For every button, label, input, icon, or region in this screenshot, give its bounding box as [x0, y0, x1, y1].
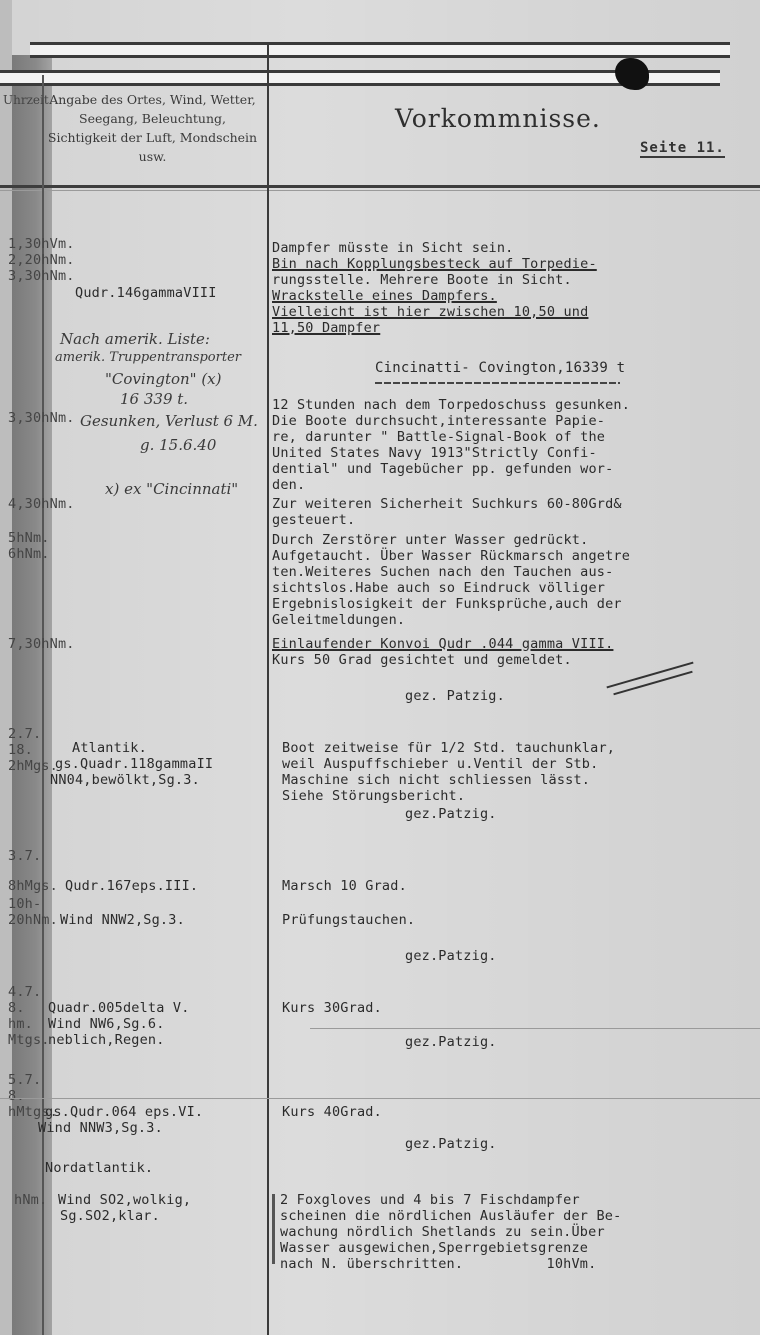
log-line: 2 Foxgloves und 4 bis 7 Fischdampfer [280, 1192, 580, 1208]
signature: gez.Patzig. [405, 806, 497, 822]
handwritten-note: amerik. Truppentransporter [55, 350, 241, 365]
log-line: Maschine sich nicht schliessen lässt. [282, 772, 590, 788]
log-line: Zur weiteren Sicherheit Suchkurs 60-80Gr… [272, 496, 622, 512]
location-entry: Qudr.146gammaVIII [75, 285, 217, 301]
location-entry: Nordatlantik. [45, 1160, 153, 1176]
row-rule [0, 1098, 760, 1099]
log-line: Wasser ausgewichen,Sperrgebietsgrenze [280, 1240, 588, 1256]
location-entry: Sg.SO2,klar. [60, 1208, 160, 1224]
log-line: Prüfungstauchen. [282, 912, 415, 928]
handwritten-note: Gesunken, Verlust 6 M. [80, 412, 258, 430]
time-entry: 1,30hVm. [8, 236, 75, 252]
time-entry: 18. [8, 742, 33, 758]
log-line: Siehe Störungsbericht. [282, 788, 465, 804]
time-entry: 5hNm. [8, 530, 50, 546]
log-line: Aufgetaucht. Über Wasser Rückmarsch ange… [272, 548, 630, 564]
log-line: re, darunter " Battle-Signal-Book of the [272, 429, 605, 445]
log-line: Kurs 50 Grad gesichtet und gemeldet. [272, 652, 572, 668]
log-line: Die Boote durchsucht,interessante Papie- [272, 413, 605, 429]
time-entry: 10h- [8, 896, 41, 912]
time-entry: 20hNm. [8, 912, 58, 928]
log-line: scheinen die nördlichen Ausläufer der Be… [280, 1208, 621, 1224]
location-entry: Wind NNW3,Sg.3. [38, 1120, 163, 1136]
row-rule [310, 1028, 760, 1029]
header-bottom-rule [0, 185, 760, 188]
location-entry: gs.Quadr.118gammaII [55, 756, 213, 772]
time-entry: 4.7. [8, 984, 41, 1000]
time-entry: Mtgs. [8, 1032, 50, 1048]
log-line: Einlaufender Konvoi Qudr .044 gamma VIII… [272, 636, 613, 652]
time-entry: 7,30hNm. [8, 636, 75, 652]
log-line: 12 Stunden nach dem Torpedoschuss gesunk… [272, 397, 630, 413]
log-line: weil Auspuffschieber u.Ventil der Stb. [282, 756, 598, 772]
log-line: Ergebnislosigkeit der Funksprüche,auch d… [272, 596, 622, 612]
log-line: wachung nördlich Shetlands zu sein.Über [280, 1224, 605, 1240]
column-divider-main [267, 45, 269, 1335]
location-entry: NN04,bewölkt,Sg.3. [50, 772, 200, 788]
time-entry: 5.7. [8, 1072, 41, 1088]
handwritten-note: Nach amerik. Liste: [60, 330, 210, 348]
signature: gez.Patzig. [405, 1136, 497, 1152]
log-line: sichtslos.Habe auch so Eindruck völliger [272, 580, 605, 596]
location-entry: Quadr.005delta V. [48, 1000, 190, 1016]
time-entry: 8. [8, 1088, 25, 1104]
signature: gez.Patzig. [405, 1034, 497, 1050]
margin-bar [272, 1194, 275, 1264]
log-line: Vielleicht ist hier zwischen 10,50 und [272, 304, 588, 320]
time-entry: 2.7. [8, 726, 41, 742]
location-entry: Wind SO2,wolkig, [58, 1192, 191, 1208]
log-line: Wrackstelle eines Dampfers. [272, 288, 497, 304]
location-entry: neblich,Regen. [48, 1032, 165, 1048]
time-entry: 3,30hNm. [8, 268, 75, 284]
page-title: Vorkommnisse. [395, 104, 601, 133]
log-line: 11,50 Dampfer [272, 320, 380, 336]
time-entry: 6hNm. [8, 546, 50, 562]
handwritten-note: x) ex "Cincinnati" [105, 480, 238, 498]
signature: gez. Patzig. [405, 688, 505, 704]
log-line: Dampfer müsste in Sicht sein. [272, 240, 514, 256]
time-entry: 3.7. [8, 848, 41, 864]
time-entry: hm. [8, 1016, 33, 1032]
log-line: Boot zeitweise für 1/2 Std. tauchunklar, [282, 740, 615, 756]
signature: gez.Patzig. [405, 948, 497, 964]
log-line: nach N. überschritten. 10hVm. [280, 1256, 596, 1272]
log-line: rungsstelle. Mehrere Boote in Sicht. [272, 272, 572, 288]
time-entry: 3,30hNm. [8, 410, 75, 426]
log-line: ten.Weiteres Suchen nach den Tauchen aus… [272, 564, 613, 580]
time-entry: hNm. [14, 1192, 47, 1208]
log-line: gesteuert. [272, 512, 355, 528]
location-entry: Qudr.167eps.III. [65, 878, 198, 894]
scan-edge [0, 0, 12, 1335]
logbook-page: Uhrzeit Angabe des Ortes, Wind, Wetter, … [0, 0, 760, 1335]
time-column-heading: Uhrzeit [3, 90, 43, 110]
handwritten-note: "Covington" (x) [105, 370, 222, 388]
location-entry: Wind NNW2,Sg.3. [60, 912, 185, 928]
handwritten-note: 16 339 t. [120, 390, 188, 408]
log-line: dential" und Tagebücher pp. gefunden wor… [272, 461, 613, 477]
location-entry: Wind NW6,Sg.6. [48, 1016, 165, 1032]
log-line: Geleitmeldungen. [272, 612, 405, 628]
log-line: Bin nach Kopplungsbesteck auf Torpedie- [272, 256, 597, 272]
ship-name: Cincinatti- Covington,16339 t [375, 360, 625, 376]
log-line: Kurs 40Grad. [282, 1104, 382, 1120]
log-line: den. [272, 477, 305, 493]
torn-rule [30, 42, 730, 58]
location-entry: gs.Qudr.064 eps.VI. [45, 1104, 203, 1120]
log-line: Durch Zerstörer unter Wasser gedrückt. [272, 532, 588, 548]
time-entry: 8. [8, 1000, 25, 1016]
row-rule [0, 190, 760, 191]
handwritten-note: g. 15.6.40 [140, 436, 216, 454]
time-entry: 4,30hNm. [8, 496, 75, 512]
log-line: United States Navy 1913"Strictly Confi- [272, 445, 597, 461]
time-entry: 8hMgs. [8, 878, 58, 894]
location-entry: Atlantik. [72, 740, 147, 756]
log-line: Kurs 30Grad. [282, 1000, 382, 1016]
log-line: Marsch 10 Grad. [282, 878, 407, 894]
double-underline [375, 382, 620, 384]
time-entry: 2,20hNm. [8, 252, 75, 268]
location-column-heading: Angabe des Ortes, Wind, Wetter, Seegang,… [45, 90, 260, 166]
torn-rule [0, 70, 720, 86]
page-number: Seite 11. [640, 140, 725, 158]
